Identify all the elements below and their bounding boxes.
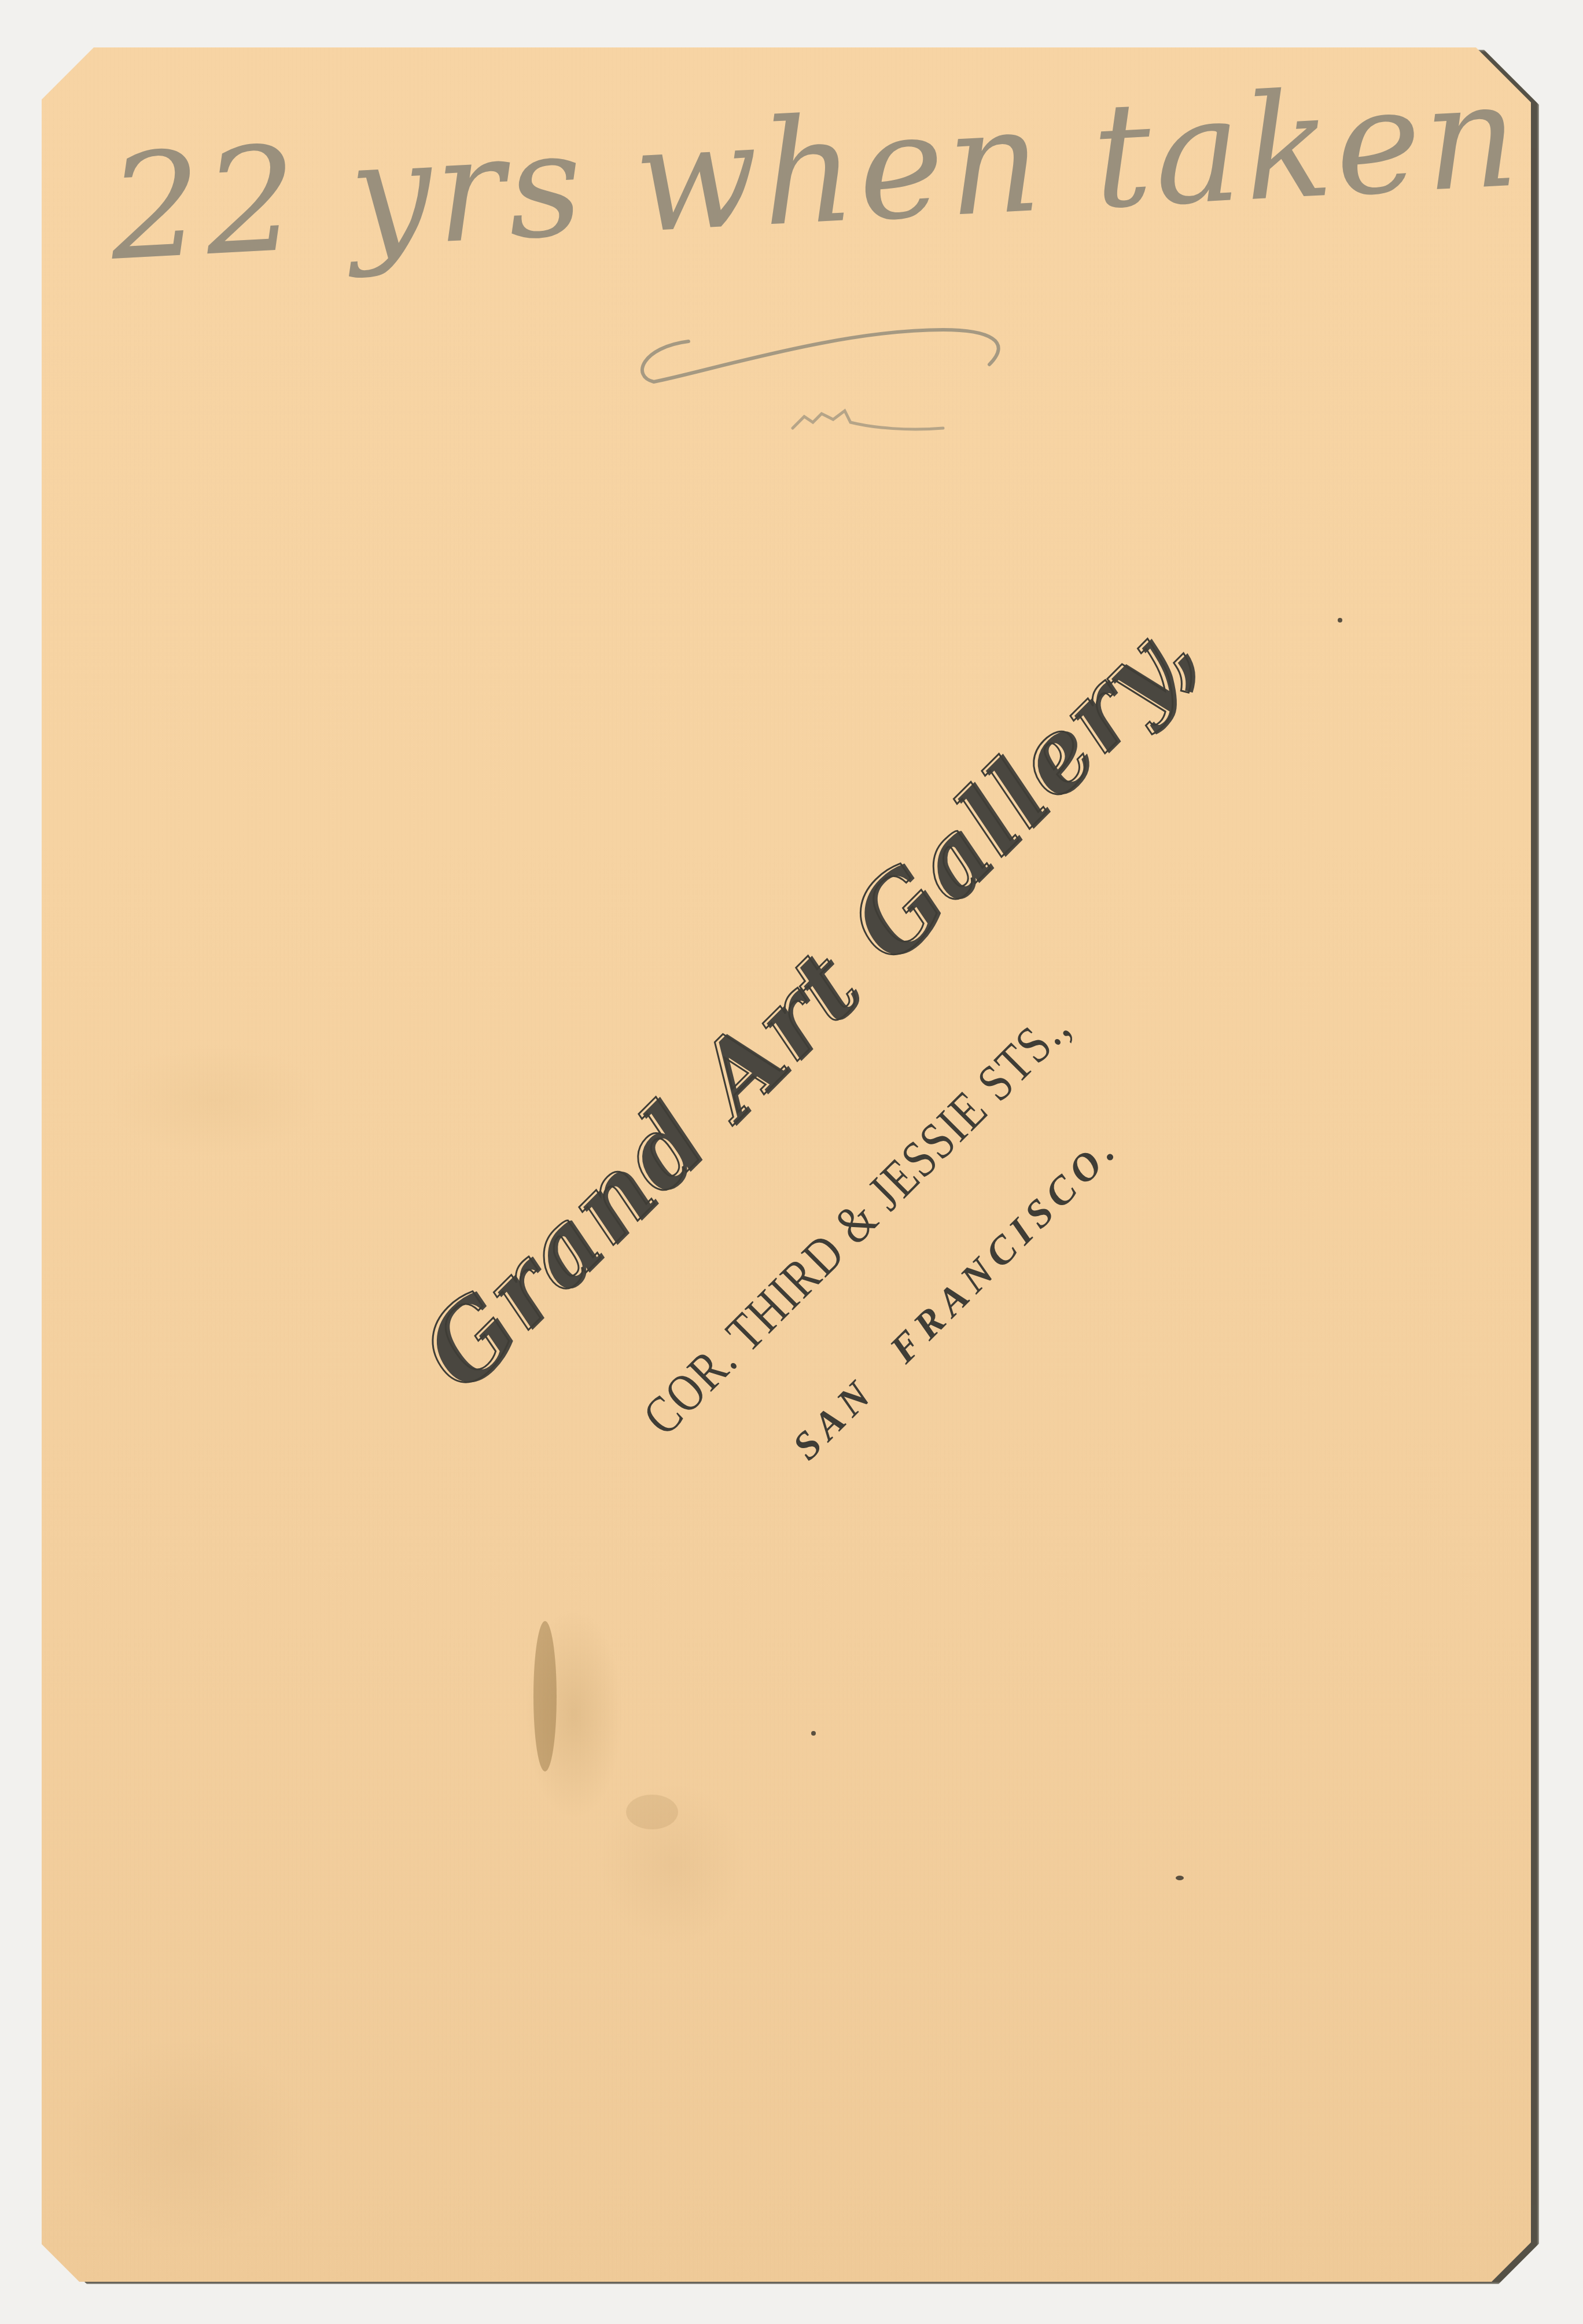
foxing-stain (533, 1621, 557, 1771)
foxing-stain (626, 1795, 678, 1829)
speck (1338, 618, 1342, 623)
speck (811, 1731, 816, 1736)
speck (1176, 1876, 1184, 1880)
pencil-flourish-marks (619, 307, 1036, 445)
